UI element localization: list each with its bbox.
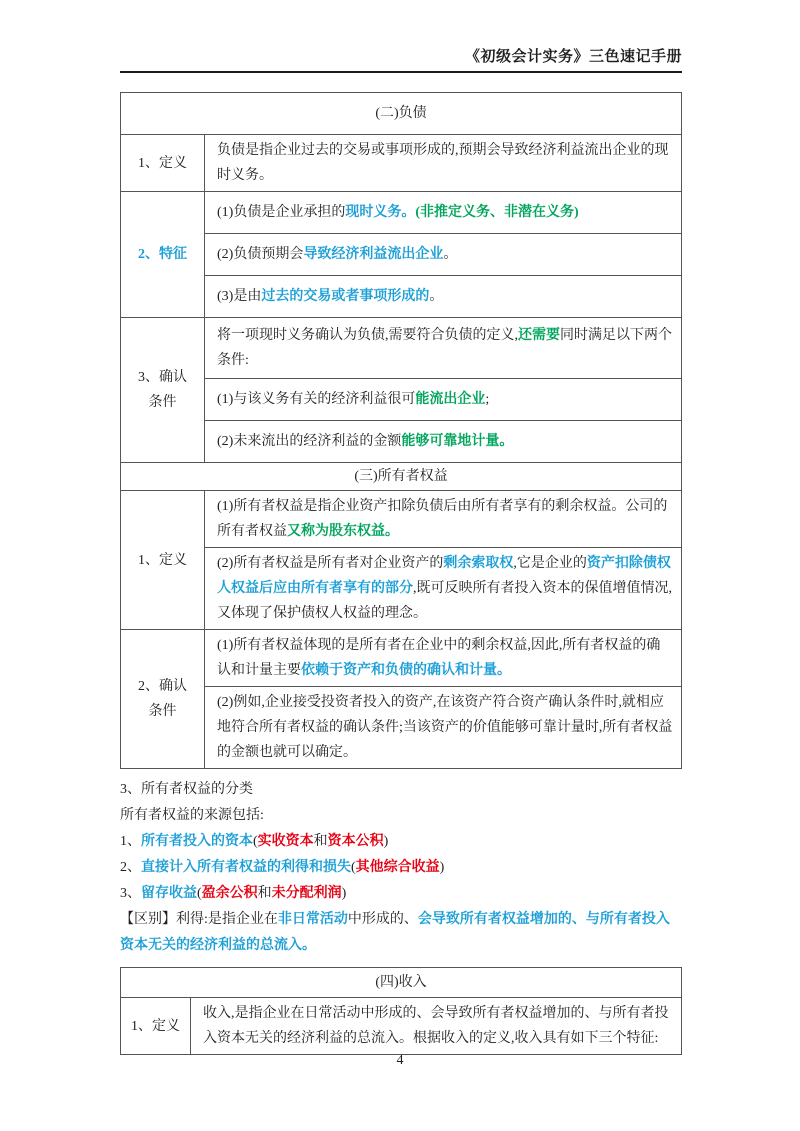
row-cells: 将一项现时义务确认为负债,需要符合负债的定义,还需要同时满足以下两个条件: (1… [205,318,681,462]
row-equity-definition: 1、定义 (1)所有者权益是指企业资产扣除负债后由所有者享有的剩余权益。公司的所… [121,490,681,629]
sources-intro: 所有者权益的来源包括: [120,803,682,829]
distinction-note: 【区别】利得:是指企业在非日常活动中形成的、会导致所有者权益增加的、与所有者投入… [120,907,682,959]
cell-equity-recognition-2: (2)例如,企业接受投资者投入的资产,在该资产符合资产确认条件时,就相应地符合所… [205,686,681,768]
section-title-text: (三)所有者权益 [354,469,447,484]
cell-equity-definition-1: (1)所有者权益是指企业资产扣除负债后由所有者享有的剩余权益。公司的所有者权益又… [205,491,681,547]
header-divider [120,71,682,73]
row-liability-recognition: 3、确认 条件 将一项现时义务确认为负债,需要符合负债的定义,还需要同时满足以下… [121,317,681,462]
cell-recognition-2: (2)未来流出的经济利益的金额能够可靠地计量。 [205,420,681,462]
cell-equity-definition-2: (2)所有者权益是所有者对企业资产的剩余索取权,它是企业的资产扣除债权人权益后应… [205,547,681,629]
row-label-definition: 1、定义 [121,135,205,191]
row-liability-features: 2、特征 (1)负债是企业承担的现时义务。(非推定义务、非潜在义务) (2)负债… [121,191,681,317]
liabilities-owners-equity-table: (二)负债 1、定义 负债是指企业过去的交易或事项形成的,预期会导致经济利益流出… [120,92,682,769]
row-cells: (1)负债是企业承担的现时义务。(非推定义务、非潜在义务) (2)负债预期会导致… [205,192,681,317]
row-label-definition: 1、定义 [121,998,191,1054]
row-cells: (1)所有者权益是指企业资产扣除负债后由所有者享有的剩余权益。公司的所有者权益又… [205,491,681,629]
page-header: 《初级会计实务》三色速记手册 [120,0,682,71]
row-label-definition: 1、定义 [121,491,205,629]
source-item-3: 3、留存收益(盈余公积和未分配利润) [120,881,682,907]
cell-recognition-intro: 将一项现时义务确认为负债,需要符合负债的定义,还需要同时满足以下两个条件: [205,318,681,378]
cell-revenue-definition: 收入,是指企业在日常活动中形成的、会导致所有者权益增加的、与所有者投入资本无关的… [191,998,681,1054]
cell-feature-2: (2)负债预期会导致经济利益流出企业。 [205,233,681,275]
row-liability-definition: 1、定义 负债是指企业过去的交易或事项形成的,预期会导致经济利益流出企业的现时义… [121,134,681,191]
cell-liability-definition: 负债是指企业过去的交易或事项形成的,预期会导致经济利益流出企业的现时义务。 [205,135,681,191]
document-page: 《初级会计实务》三色速记手册 (二)负债 1、定义 负债是指企业过去的交易或事项… [0,0,800,1131]
cell-feature-3: (3)是由过去的交易或者事项形成的。 [205,275,681,317]
section-title-revenue: (四)收入 [121,968,681,997]
row-cells: 收入,是指企业在日常活动中形成的、会导致所有者权益增加的、与所有者投入资本无关的… [191,998,681,1054]
row-equity-recognition: 2、确认 条件 (1)所有者权益体现的是所有者在企业中的剩余权益,因此,所有者权… [121,629,681,768]
page-content: (二)负债 1、定义 负债是指企业过去的交易或事项形成的,预期会导致经济利益流出… [120,92,682,1055]
row-label-recognition: 2、确认 条件 [121,630,205,768]
revenue-table: (四)收入 1、定义 收入,是指企业在日常活动中形成的、会导致所有者权益增加的、… [120,967,682,1055]
source-item-1: 1、所有者投入的资本(实收资本和资本公积) [120,829,682,855]
section-title-owners-equity: (三)所有者权益 [121,462,681,490]
source-item-2: 2、直接计入所有者权益的利得和损失(其他综合收益) [120,855,682,881]
cell-recognition-1: (1)与该义务有关的经济利益很可能流出企业; [205,378,681,420]
row-revenue-definition: 1、定义 收入,是指企业在日常活动中形成的、会导致所有者权益增加的、与所有者投入… [121,997,681,1054]
section-title-liabilities: (二)负债 [121,93,681,134]
row-cells: (1)所有者权益体现的是所有者在企业中的剩余权益,因此,所有者权益的确认和计量主… [205,630,681,768]
section-title-text: (二)负债 [375,106,426,121]
section-title-text: (四)收入 [375,975,426,990]
cell-feature-1: (1)负债是企业承担的现时义务。(非推定义务、非潜在义务) [205,192,681,233]
document-title: 《初级会计实务》三色速记手册 [120,45,682,66]
row-cells: 负债是指企业过去的交易或事项形成的,预期会导致经济利益流出企业的现时义务。 [205,135,681,191]
cell-equity-recognition-1: (1)所有者权益体现的是所有者在企业中的剩余权益,因此,所有者权益的确认和计量主… [205,630,681,686]
row-label-recognition: 3、确认 条件 [121,318,205,462]
page-number: 4 [0,1053,800,1069]
classification-heading: 3、所有者权益的分类 [120,777,682,803]
row-label-features: 2、特征 [121,192,205,317]
equity-classification-section: 3、所有者权益的分类 所有者权益的来源包括: 1、所有者投入的资本(实收资本和资… [120,769,682,959]
